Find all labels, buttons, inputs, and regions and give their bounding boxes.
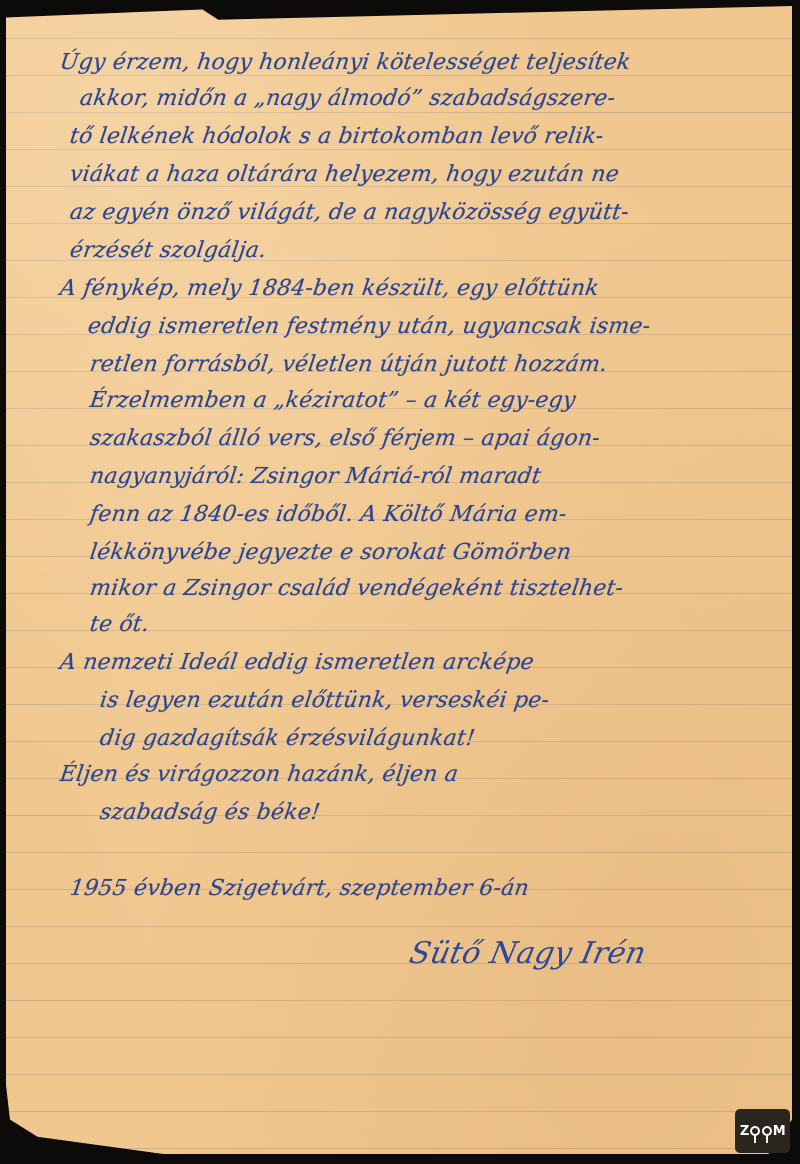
zoom-logo-letter: Z [740, 1124, 749, 1139]
letter-line: érzését szolgálja. [68, 236, 268, 266]
letter-line: szakaszból álló vers, első férjem – apai… [88, 424, 602, 454]
letter-line: A nemzeti Ideál eddig ismeretlen arcképe [58, 648, 536, 678]
letter-line: eddig ismeretlen festmény után, ugyancsa… [86, 312, 652, 342]
letter-line: szabadság és béke! [98, 798, 322, 828]
letter-line: tő lelkének hódolok s a birtokomban levő… [68, 122, 606, 152]
letter-line: te őt. [88, 610, 151, 640]
letter-date-line: 1955 évben Szigetvárt, szeptember 6-án [68, 874, 531, 904]
magnifier-icon [762, 1126, 772, 1136]
letter-line: fenn az 1840-es időből. A Költő Mária em… [88, 500, 569, 530]
letter-line: akkor, midőn a „nagy álmodó” szabadságsz… [78, 84, 617, 114]
signature: Sütő Nagy Irén [406, 936, 649, 971]
letter-line: nagyanyjáról: Zsingor Máriá-ról maradt [88, 462, 543, 492]
letter-line: dig gazdagítsák érzésvilágunkat! [98, 724, 477, 754]
letter-line: az egyén önző világát, de a nagyközösség… [68, 198, 631, 228]
letter-line: is legyen ezután előttünk, verseskéi pe- [98, 686, 551, 716]
letter-line: mikor a Zsingor család vendégeként tiszt… [88, 574, 625, 604]
letter-line: Éljen és virágozzon hazánk, éljen a [58, 760, 460, 790]
letter-line: Érzelmemben a „kéziratot” – a két egy-eg… [88, 386, 578, 416]
zoom-watermark-logo: Z M [735, 1109, 790, 1153]
magnifier-icon [750, 1126, 760, 1136]
letter-line: retlen forrásból, véletlen útján jutott … [88, 350, 609, 380]
letter-line: lékkönyvébe jegyezte e sorokat Gömörben [88, 538, 573, 568]
zoom-logo-letter: M [773, 1124, 785, 1139]
letter-line: Úgy érzem, hogy honleányi kötelességet t… [58, 48, 633, 78]
letter-line: A fénykép, mely 1884-ben készült, egy el… [58, 274, 601, 304]
letter-line: viákat a haza oltárára helyezem, hogy ez… [68, 160, 621, 190]
